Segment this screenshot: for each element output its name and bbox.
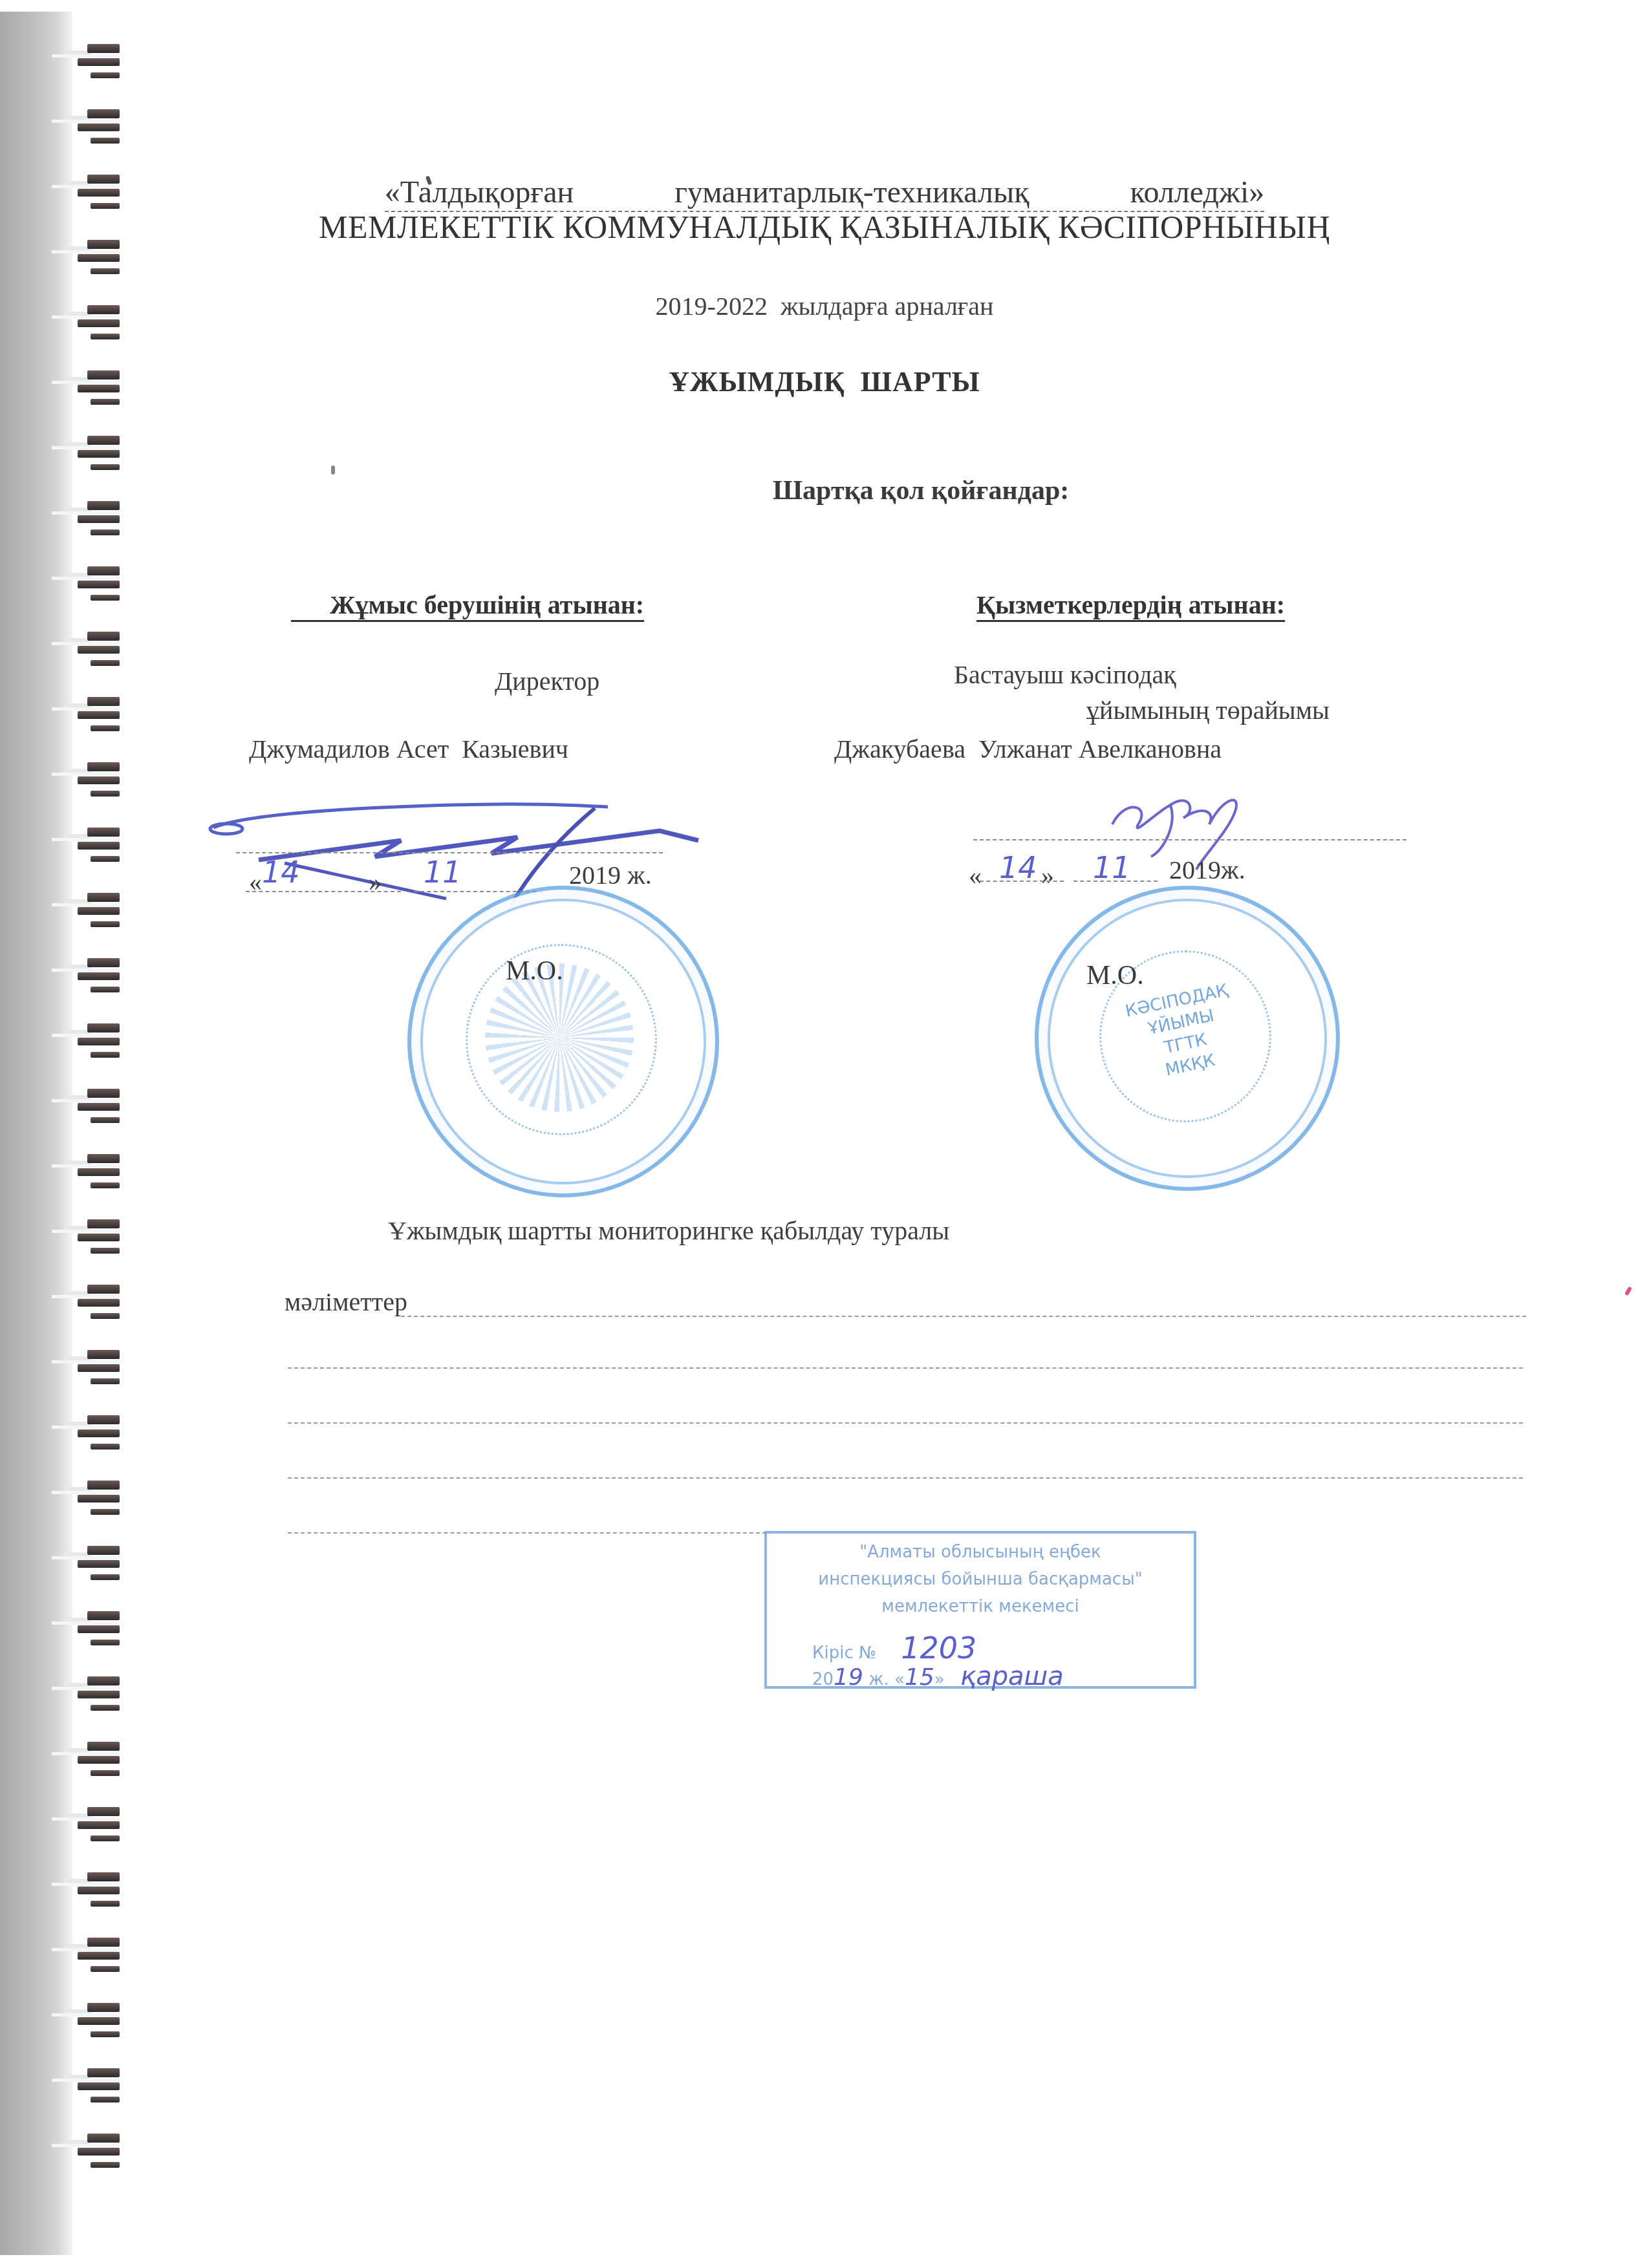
period: 2019-2022 жылдарға арналған [0, 291, 1649, 321]
reg-stamp-line2: инспекциясы бойынша басқармасы" [767, 1570, 1194, 1589]
employees-position-line1: Бастауыш кәсіподақ [954, 659, 1176, 690]
reg-stamp-date: 2019 ж. «15» қараша [812, 1662, 1064, 1691]
binding-ring-icon [52, 1023, 120, 1059]
binding-ring-icon [52, 501, 120, 537]
binding-ring-icon [52, 1872, 120, 1908]
reg-stamp-line3: мемлекеттік мекемесі [767, 1597, 1194, 1616]
monitoring-blank-line-2[interactable] [288, 1367, 1523, 1369]
binding-ring-icon [52, 1938, 120, 1973]
binding-ring-icon [52, 1611, 120, 1647]
document-title: ҰЖЫМДЫҚ ШАРТЫ [0, 365, 1649, 398]
binding-ring-icon [52, 109, 120, 145]
binding-ring-icon [52, 893, 120, 928]
incoming-number: 1203 [901, 1631, 976, 1665]
binding-ring-icon [52, 958, 120, 994]
binding-ring-icon [52, 1089, 120, 1124]
binding-ring-icon [52, 2134, 120, 2169]
reg-stamp-incoming: Кіріс № 1203 [812, 1631, 976, 1665]
binding-ring-icon [52, 1415, 120, 1451]
scan-mark [331, 465, 335, 475]
employer-signature [207, 802, 737, 905]
employees-name: Джакубаева Улжанат Авелкановна [834, 734, 1222, 764]
college-name-text: «Талдықорған гуманитарлық-техникалық кол… [385, 175, 1265, 212]
binding-ring-icon [52, 1285, 120, 1320]
employees-month-underline [1073, 881, 1158, 882]
employees-date-close-quote: » [1041, 860, 1054, 890]
employees-date-day: 14 [999, 850, 1037, 885]
employer-date-month: 11 [424, 855, 462, 890]
labor-inspection-registration-stamp: "Алматы облысының еңбек инспекциясы бойы… [764, 1531, 1196, 1689]
date-prefix: 20 [812, 1670, 834, 1689]
employer-date-day: 14 [262, 855, 300, 890]
date-month: қараша [960, 1662, 1064, 1691]
binding-ring-icon [52, 1154, 120, 1190]
binding-ring-icon [52, 1546, 120, 1581]
employer-date-year: 2019 ж. [569, 860, 652, 890]
binding-ring-icon [52, 44, 120, 80]
reg-stamp-line1: "Алматы облысының еңбек [767, 1543, 1194, 1562]
monitoring-label: мәліметтер [285, 1287, 407, 1317]
employer-heading: Жұмыс берушінің атынан: [291, 590, 644, 622]
employees-heading: Қызметкерлердің атынан: [976, 590, 1285, 622]
binding-ring-icon [52, 632, 120, 667]
binding-ring-icon [52, 1676, 120, 1712]
monitoring-title: Ұжымдық шартты мониторингке қабылдау тур… [388, 1215, 949, 1246]
incoming-label: Кіріс № [812, 1643, 876, 1663]
date-close: » [934, 1670, 945, 1689]
binding-ring-icon [52, 828, 120, 863]
binding-ring-icon [52, 1350, 120, 1385]
employer-day-underline [246, 891, 401, 892]
employees-date-open-quote: « [969, 860, 982, 890]
employer-seal-label: М.О. [506, 956, 563, 987]
binding-ring-icon [52, 1219, 120, 1255]
binding-ring-icon [52, 1481, 120, 1516]
binding-ring-icon [52, 1742, 120, 1777]
college-name: «Талдықорған гуманитарлық-техникалық кол… [0, 175, 1649, 210]
employees-position-line2: ұйымының төрайымы [1086, 695, 1330, 725]
monitoring-blank-line-1[interactable] [401, 1316, 1526, 1317]
signed-by-heading: Шартқа қол қойғандар: [773, 475, 1069, 506]
employer-position: Директор [495, 666, 599, 696]
binding-ring-icon [52, 2003, 120, 2038]
employees-day-underline [980, 881, 1064, 882]
date-day: 15 [905, 1664, 934, 1691]
employer-heading-text: Жұмыс берушінің атынан: [330, 590, 644, 619]
binding-ring-icon [52, 566, 120, 602]
employees-date-year: 2019ж. [1169, 855, 1245, 885]
date-year: 19 [834, 1664, 863, 1691]
monitoring-blank-line-3[interactable] [288, 1422, 1523, 1424]
monitoring-blank-line-4[interactable] [288, 1477, 1523, 1479]
monitoring-blank-line-5[interactable] [288, 1532, 766, 1534]
employer-name: Джумадилов Асет Казыевич [249, 734, 568, 764]
scan-mark [1624, 1286, 1632, 1296]
binding-ring-icon [52, 436, 120, 471]
binding-ring-icon [52, 1807, 120, 1843]
employees-date-month: 11 [1093, 850, 1131, 885]
employees-signature-line [973, 839, 1406, 840]
date-mid: ж. « [868, 1670, 905, 1689]
binding-ring-icon [52, 2068, 120, 2104]
binding-ring-icon [52, 697, 120, 733]
employees-seal-label: М.О. [1086, 960, 1144, 991]
binding-ring-icon [52, 762, 120, 798]
enterprise-type: МЕМЛЕКЕТТІК КОММУНАЛДЫҚ ҚАЗЫНАЛЫҚ КӘСІПО… [0, 208, 1649, 246]
employer-signature-line [236, 852, 663, 853]
spiral-binding [0, 12, 72, 2255]
